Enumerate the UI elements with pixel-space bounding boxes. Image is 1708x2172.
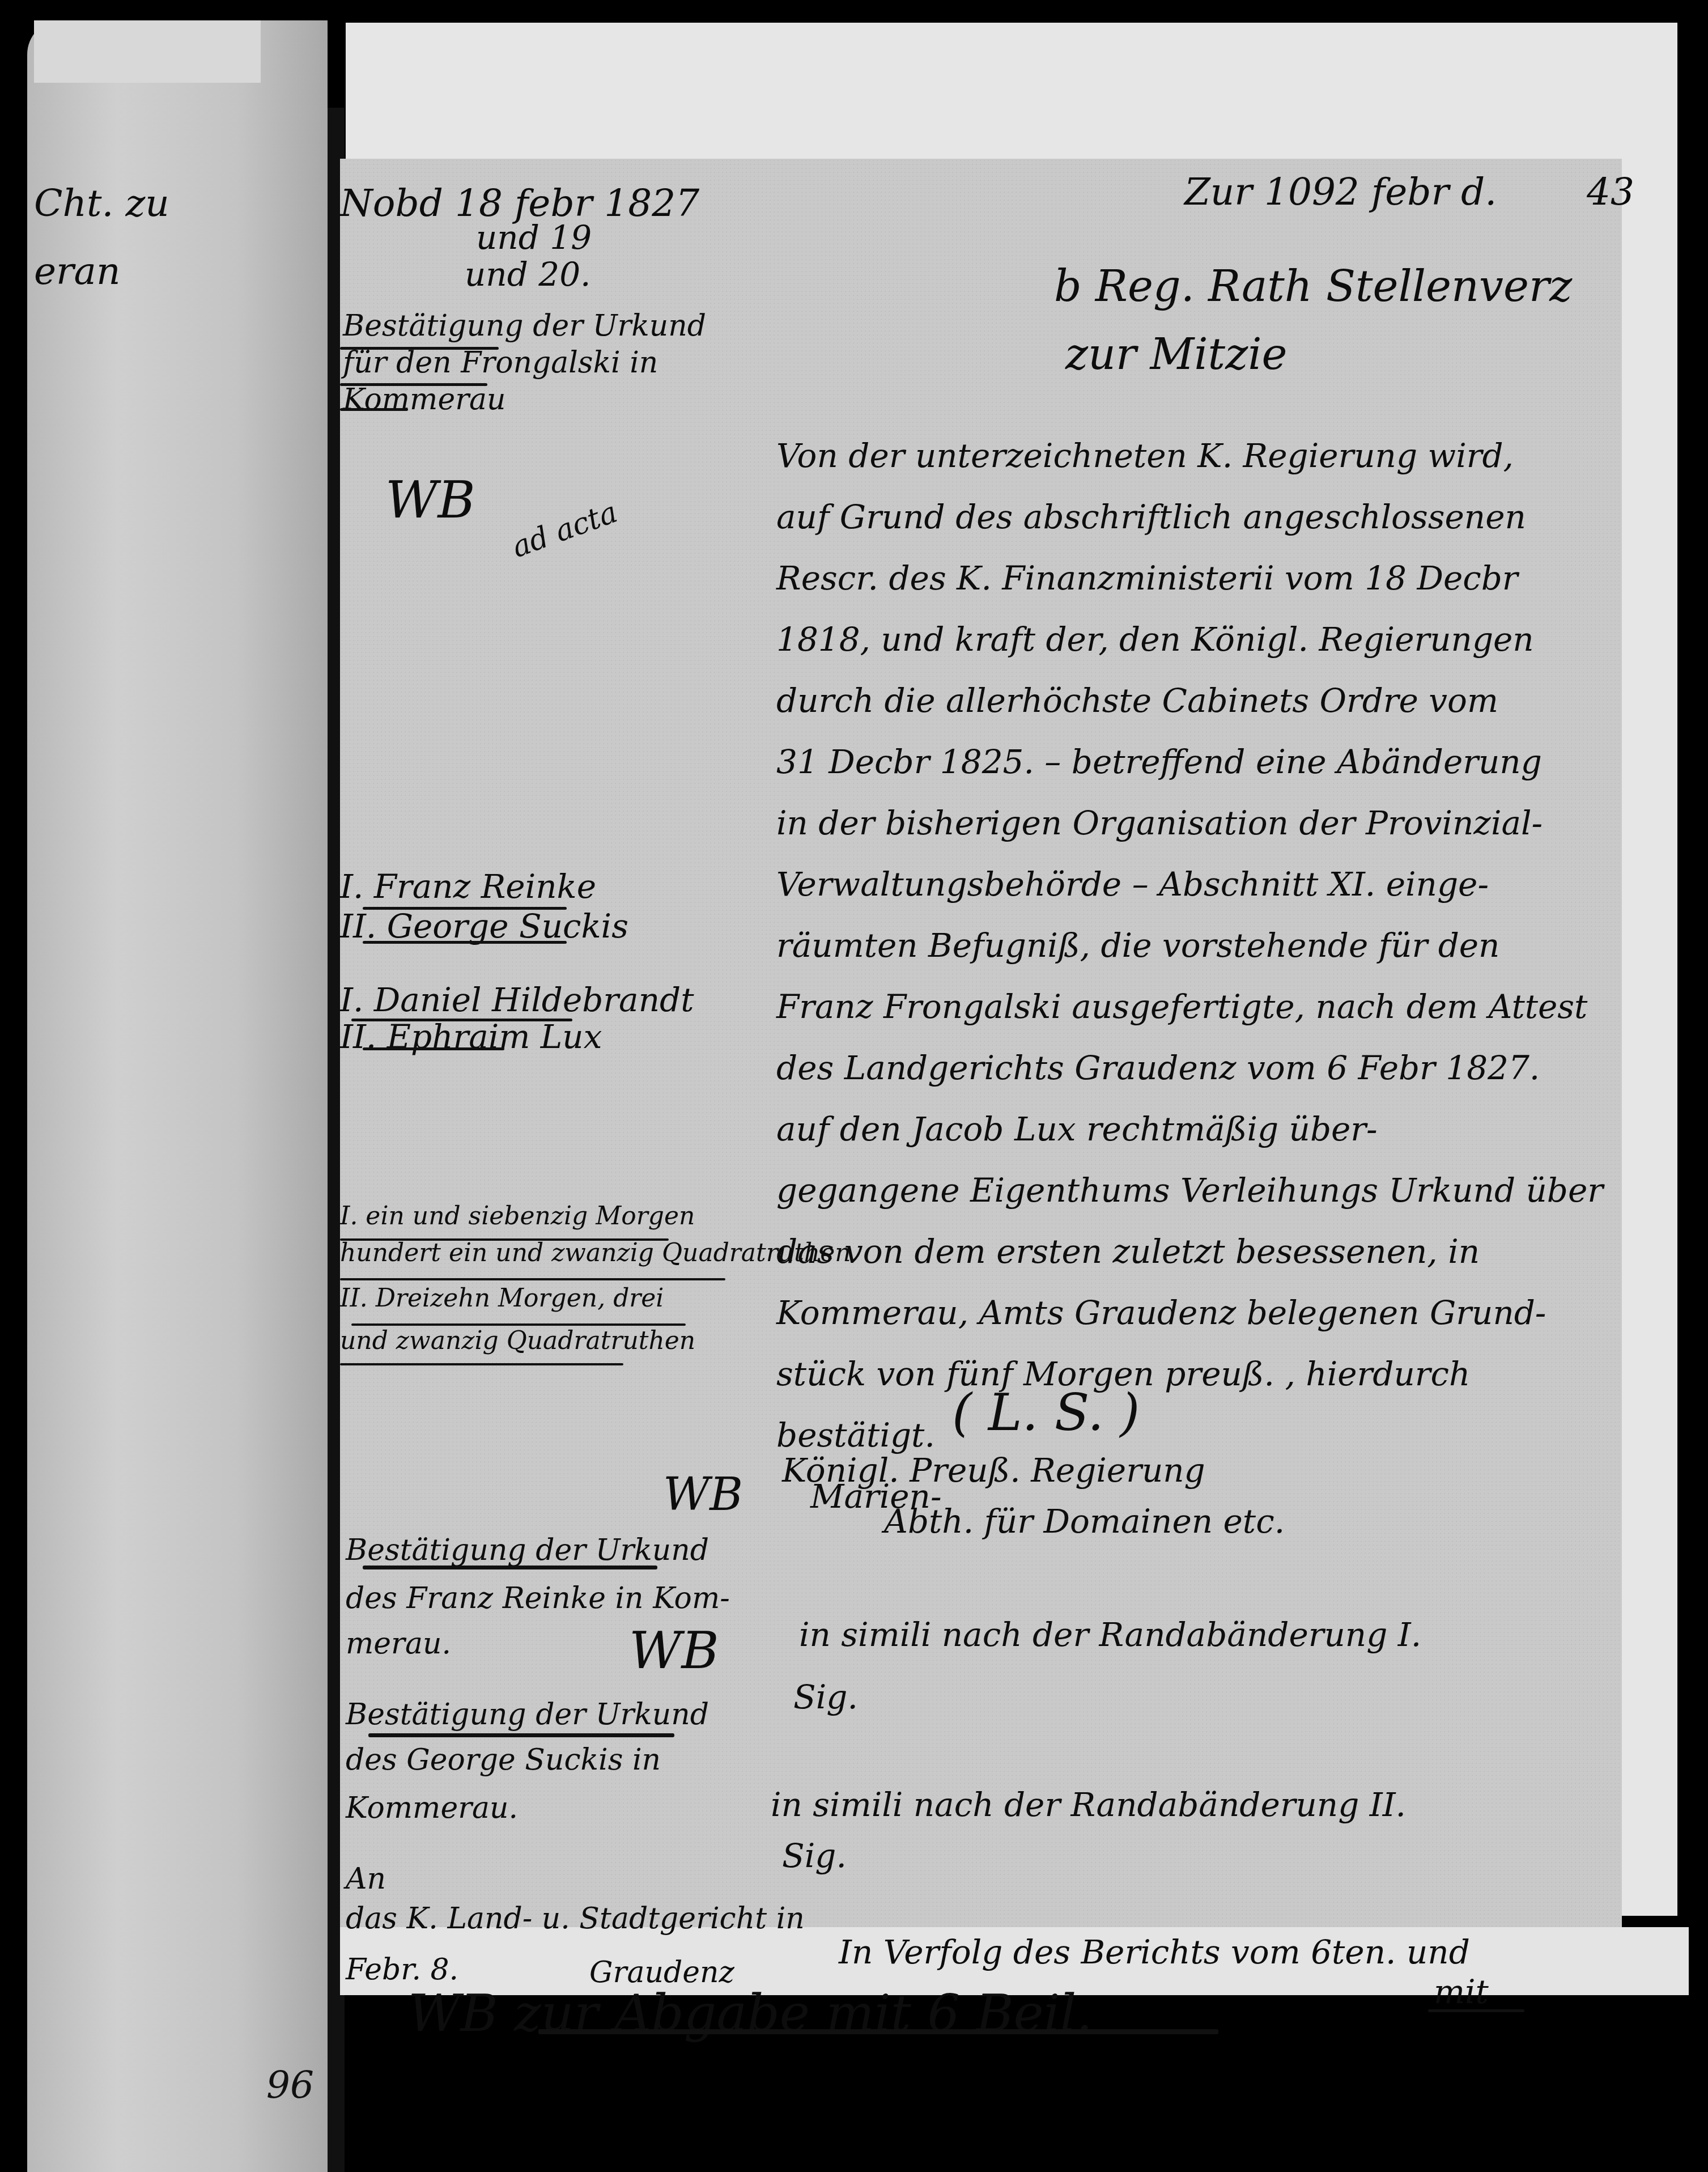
left-strip-text-1: Cht. zu — [34, 181, 169, 225]
signature-authority-2: Abth. für Domainen etc. — [884, 1502, 1285, 1541]
body-line: Kommerau, Amts Graudenz belegenen Grund- — [776, 1282, 1615, 1343]
address-line-2: zur Mitzie — [1065, 329, 1287, 379]
closing-note: mit — [1434, 1972, 1489, 2011]
sig-2: Sig. — [782, 1836, 847, 1875]
name-text: Franz Reinke — [374, 867, 596, 906]
underline — [363, 941, 567, 944]
area-line-4: und zwanzig Quadratruthen — [340, 1326, 695, 1355]
left-strip-top-edge — [34, 20, 261, 83]
sig-1: Sig. — [793, 1678, 858, 1716]
in-simili-2: in simili nach der Randabänderung II. — [771, 1785, 1406, 1824]
heading-1-line-3: Kommerau — [343, 383, 506, 417]
underline — [340, 408, 408, 411]
body-line: in der bisherigen Organisation der Provi… — [776, 792, 1615, 854]
underline — [351, 1323, 686, 1326]
margin-name-3: I. Daniel Hildebrandt — [340, 981, 694, 1019]
heading-3-line-3: Kommerau. — [346, 1791, 518, 1825]
area-line-3: II. Dreizehn Morgen, drei — [340, 1284, 664, 1313]
body-line: durch die allerhöchste Cabinets Ordre vo… — [776, 670, 1615, 731]
header-reference: Zur 1092 febr d. — [1184, 170, 1497, 214]
heading-2-line-1: Bestätigung der Urkund — [346, 1533, 709, 1567]
underline — [340, 1363, 623, 1365]
underline — [363, 1047, 504, 1050]
name-numeral: II. — [340, 907, 376, 945]
area-line-2: hundert ein und zwanzig Quadratruthen — [340, 1238, 851, 1267]
underline — [340, 1278, 725, 1280]
body-line: stück von fünf Morgen preuß. , hierdurch — [776, 1343, 1615, 1405]
addressee-line-1: An — [346, 1862, 386, 1896]
underline — [538, 2029, 1218, 2034]
in-simili-1: in simili nach der Randabänderung I. — [799, 1615, 1421, 1654]
body-line: räumten Befugniß, die vorstehende für de… — [776, 915, 1615, 976]
page-number: 43 — [1587, 170, 1634, 214]
initials-wb-3: WB — [629, 1621, 719, 1681]
initials-wb-2: WB — [663, 1468, 743, 1521]
body-line: 31 Decbr 1825. – betreffend eine Abänder… — [776, 731, 1615, 792]
margin-date-3: und 20. — [465, 255, 591, 294]
body-line: Rescr. des K. Finanzministerii vom 18 De… — [776, 548, 1615, 609]
body-line: 1818, und kraft der, den Königl. Regieru… — [776, 609, 1615, 670]
body-text-block: Von der unterzeichneten K. Regierung wir… — [776, 425, 1615, 1527]
body-line: auf Grund des abschriftlich angeschlosse… — [776, 486, 1615, 548]
folded-left-page-strip — [27, 20, 328, 2172]
body-line: gegangene Eigenthums Verleihungs Urkund … — [776, 1160, 1615, 1221]
heading-2-line-3: merau. — [346, 1627, 451, 1661]
signature-authority-1: Königl. Preuß. Regierung — [782, 1451, 1205, 1490]
margin-date-2: und 19 — [476, 218, 592, 257]
folio-number-bottom: 96 — [266, 2063, 314, 2107]
name-text: George Suckis — [387, 907, 628, 945]
address-line-1: b Reg. Rath Stellenverz — [1054, 261, 1572, 311]
initials-wb-1: WB — [385, 470, 475, 530]
underline — [1428, 2009, 1524, 2012]
body-line: auf den Jacob Lux rechtmäßig über- — [776, 1098, 1615, 1160]
heading-3-line-1: Bestätigung der Urkund — [346, 1698, 709, 1732]
name-numeral: I. — [340, 867, 363, 906]
underline — [368, 1733, 674, 1737]
closing-signature: WB zur Abgabe mit 6 Beil. — [408, 1984, 1093, 2043]
body-line: des Landgerichts Graudenz vom 6 Febr 182… — [776, 1037, 1615, 1098]
seal-ls: ( L. S. ) — [952, 1383, 1140, 1443]
body-line: das von dem ersten zuletzt besessenen, i… — [776, 1221, 1615, 1282]
heading-1-line-2: für den Frongalski in — [343, 346, 658, 380]
left-strip-text-2: eran — [34, 249, 120, 293]
name-numeral: I. — [340, 981, 363, 1019]
body-line: Franz Frongalski ausgefertigte, nach dem… — [776, 976, 1615, 1037]
heading-2-line-2: des Franz Reinke in Kom- — [346, 1581, 730, 1615]
heading-3-line-2: des George Suckis in — [346, 1743, 661, 1777]
addressee-line-2: das K. Land- u. Stadtgericht in — [346, 1902, 805, 1936]
underline — [363, 1566, 657, 1569]
name-text: Daniel Hildebrandt — [374, 981, 694, 1019]
closing-line: In Verfolg des Berichts vom 6ten. und — [839, 1933, 1470, 1971]
body-line: Verwaltungsbehörde – Abschnitt XI. einge… — [776, 854, 1615, 915]
addressee-line-4: Febr. 8. — [346, 1953, 458, 1987]
heading-1-line-1: Bestätigung der Urkund — [343, 309, 706, 343]
area-line-1: I. ein und siebenzig Morgen — [340, 1202, 695, 1231]
margin-name-2: II. George Suckis — [340, 907, 628, 945]
margin-name-1: I. Franz Reinke — [340, 867, 596, 906]
body-line: Von der unterzeichneten K. Regierung wir… — [776, 425, 1615, 486]
